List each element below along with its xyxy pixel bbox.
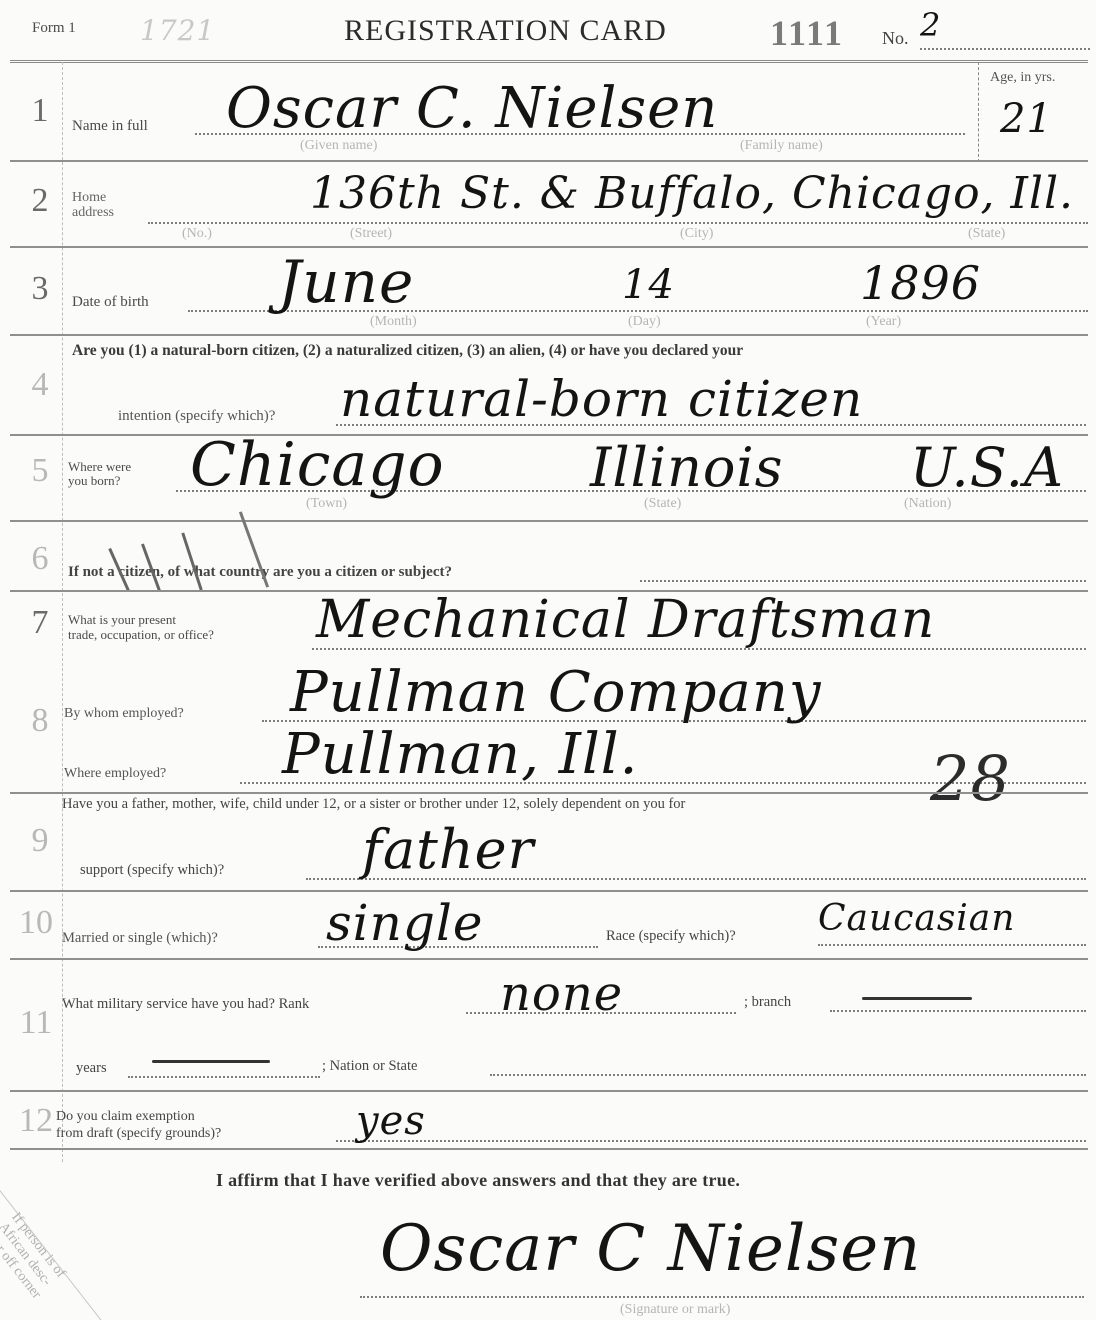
foreign-citizenship-line — [640, 580, 1086, 582]
military-years-label: years — [76, 1060, 107, 1077]
birth-month: June — [278, 248, 414, 316]
row-number-2: 2 — [20, 182, 60, 220]
row-number-12: 12 — [16, 1102, 56, 1140]
caption-state-birth: (State) — [644, 496, 681, 512]
birthplace-label: Where were you born? — [68, 460, 131, 488]
row-divider-12 — [10, 1148, 1088, 1150]
occupation-label: What is your present trade, occupation, … — [68, 612, 214, 642]
row-number-9: 9 — [20, 822, 60, 860]
race-label: Race (specify which)? — [606, 928, 736, 945]
marital-status-value: single — [326, 894, 483, 952]
caption-nation: (Nation) — [904, 496, 951, 512]
address-line — [148, 222, 1088, 224]
dependents-question: Have you a father, mother, wife, child u… — [62, 796, 685, 813]
caption-month: (Month) — [370, 314, 417, 330]
birth-year: 1896 — [860, 256, 981, 310]
work-location-label: Where employed? — [64, 766, 166, 782]
birthplace-label-line1: Where were — [68, 460, 131, 474]
row-number-4: 4 — [20, 366, 60, 404]
row-number-8: 8 — [20, 702, 60, 740]
dependents-value: father — [362, 818, 534, 881]
birth-day: 14 — [622, 262, 675, 308]
name-value: Oscar C. Nielsen — [226, 76, 718, 141]
row-number-7: 7 — [20, 604, 60, 642]
age-label: Age, in yrs. — [990, 70, 1055, 86]
caption-town: (Town) — [306, 496, 347, 512]
exemption-label: Do you claim exemption from draft (speci… — [56, 1108, 221, 1142]
home-address-label: Home address — [72, 190, 114, 220]
name-label: Name in full — [72, 118, 148, 135]
caption-city: (City) — [680, 226, 713, 242]
exemption-label-line2: from draft (specify grounds)? — [56, 1125, 221, 1142]
tally-mark — [181, 533, 202, 591]
branch-dash-mark — [862, 997, 972, 1000]
affirmation-text: I affirm that I have verified above answ… — [216, 1170, 740, 1191]
form-label: Form 1 — [32, 20, 76, 37]
registration-card: Form 1 1721 REGISTRATION CARD 1111 No. 2… — [0, 0, 1096, 1320]
occupation-value: Mechanical Draftsman — [316, 590, 935, 650]
row-divider-1 — [10, 160, 1088, 162]
address-value: 136th St. & Buffalo, Chicago, Ill. — [310, 168, 1074, 219]
exemption-label-line1: Do you claim exemption — [56, 1108, 221, 1125]
military-years-line — [128, 1076, 320, 1078]
birth-state: Illinois — [590, 436, 783, 499]
stamp-marks: 1111 — [770, 12, 844, 54]
occupation-label-line2: trade, occupation, or office? — [68, 627, 214, 642]
exemption-line — [336, 1140, 1086, 1142]
faint-stamp-number: 1721 — [140, 14, 215, 47]
caption-no: (No.) — [182, 226, 212, 242]
row-divider-11 — [10, 1090, 1088, 1092]
military-branch-label: ; branch — [744, 994, 791, 1011]
caption-state: (State) — [968, 226, 1005, 242]
card-number-label: No. — [882, 28, 909, 49]
military-rank-value: none — [500, 966, 623, 1022]
row-number-1: 1 — [20, 92, 60, 130]
citizenship-question-line2: intention (specify which)? — [118, 408, 275, 425]
signature-value: Oscar C Nielsen — [380, 1212, 921, 1286]
marital-status-label: Married or single (which)? — [62, 930, 218, 947]
caption-given-name: (Given name) — [300, 138, 377, 154]
race-value: Caucasian — [818, 898, 1015, 939]
age-divider — [978, 62, 979, 162]
margin-annotation: 28 — [930, 742, 1011, 815]
age-value: 21 — [1000, 96, 1053, 142]
birth-nation: U.S.A — [910, 436, 1064, 499]
citizenship-value: natural-born citizen — [340, 370, 863, 428]
military-rank-label: What military service have you had? Rank — [62, 996, 309, 1013]
row-divider-9 — [10, 890, 1088, 892]
signature-caption: (Signature or mark) — [620, 1302, 730, 1318]
signature-line — [360, 1296, 1084, 1298]
card-number-line — [920, 48, 1090, 50]
employer-value: Pullman Company — [290, 660, 822, 725]
row-divider-8 — [10, 792, 1088, 794]
row-number-10: 10 — [16, 904, 56, 942]
occupation-label-line1: What is your present — [68, 612, 214, 627]
home-address-label-line1: Home — [72, 190, 114, 205]
work-location-value: Pullman, Ill. — [282, 722, 638, 787]
race-line — [818, 944, 1086, 946]
row-divider-3 — [10, 334, 1088, 336]
military-branch-line — [830, 1010, 1086, 1012]
military-nation-label: ; Nation or State — [322, 1058, 417, 1075]
military-nation-line — [490, 1074, 1086, 1076]
row-number-3: 3 — [20, 270, 60, 308]
row-number-11: 11 — [16, 1004, 56, 1042]
caption-day: (Day) — [628, 314, 661, 330]
card-title: REGISTRATION CARD — [344, 14, 667, 48]
caption-family-name: (Family name) — [740, 138, 823, 154]
row-divider-5 — [10, 520, 1088, 522]
row-number-6: 6 — [20, 540, 60, 578]
years-dash-mark — [152, 1060, 270, 1063]
home-address-label-line2: address — [72, 205, 114, 220]
exemption-value: yes — [356, 1098, 426, 1144]
card-number: 2 — [920, 6, 941, 44]
birthplace-label-line2: you born? — [68, 474, 131, 488]
date-of-birth-label: Date of birth — [72, 294, 149, 311]
caption-street: (Street) — [350, 226, 392, 242]
caption-year: (Year) — [866, 314, 901, 330]
row-divider-10 — [10, 958, 1088, 960]
header-divider — [10, 60, 1088, 63]
employer-label: By whom employed? — [64, 706, 184, 722]
row-number-5: 5 — [20, 452, 60, 490]
row-divider-2 — [10, 246, 1088, 248]
birth-town: Chicago — [190, 430, 445, 500]
dependents-question-line2: support (specify which)? — [80, 862, 224, 879]
tear-corner-note: If person is of African desc- tear off c… — [0, 1210, 69, 1302]
citizenship-question: Are you (1) a natural-born citizen, (2) … — [72, 342, 743, 360]
